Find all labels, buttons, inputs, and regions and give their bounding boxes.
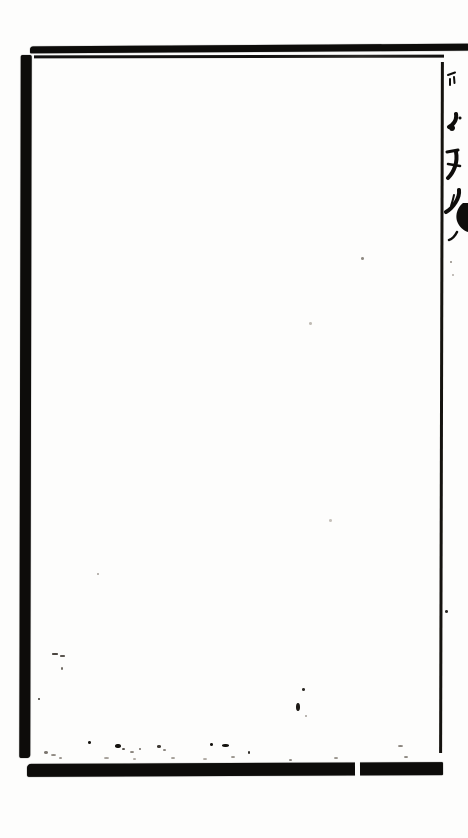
frame-bottom-border (27, 762, 443, 777)
dust-speck (452, 274, 454, 276)
dust-speck (88, 741, 91, 744)
dust-speck (44, 751, 48, 754)
dust-speck (122, 748, 125, 750)
dust-speck (97, 573, 99, 575)
dust-speck (210, 743, 213, 746)
frame-left-border (19, 55, 31, 758)
dust-speck (398, 745, 403, 747)
frame-bottom-break (355, 760, 360, 777)
dust-speck (329, 519, 332, 522)
dust-speck (38, 698, 40, 700)
frame-top-border (30, 44, 468, 54)
glyph-fragment-2-icon (449, 114, 462, 131)
dust-speck (139, 748, 141, 750)
glyph-fragment-4-icon (446, 190, 459, 212)
dust-speck (203, 758, 207, 760)
dust-speck (130, 751, 134, 753)
dust-speck (51, 754, 56, 756)
dust-speck (404, 756, 408, 758)
frame-top-border-inner (34, 55, 444, 58)
dust-speck (104, 757, 109, 759)
dust-speck (171, 757, 175, 759)
dust-speck (296, 703, 300, 711)
frame-right-rule (439, 62, 443, 753)
dust-speck (445, 610, 448, 613)
partial-glyph-column (444, 66, 468, 242)
scanned-page (0, 0, 468, 838)
glyph-fragment-1-icon (448, 73, 455, 86)
dust-speck (334, 757, 338, 759)
dust-speck (157, 745, 161, 748)
dust-speck (231, 756, 235, 758)
dust-speck (115, 744, 121, 748)
glyph-fragment-3-icon (447, 150, 460, 178)
dust-speck (163, 749, 166, 751)
dust-speck (61, 667, 63, 670)
dust-speck (248, 751, 250, 754)
dust-speck (305, 715, 307, 717)
dust-speck (361, 257, 364, 260)
dust-speck (302, 688, 305, 691)
dust-speck (133, 758, 136, 760)
dust-speck (222, 744, 229, 747)
dust-speck (289, 759, 292, 761)
dust-speck (450, 261, 452, 263)
dust-speck (52, 653, 58, 655)
dust-speck (309, 322, 312, 325)
dust-speck (59, 757, 62, 759)
dust-speck (60, 655, 65, 657)
